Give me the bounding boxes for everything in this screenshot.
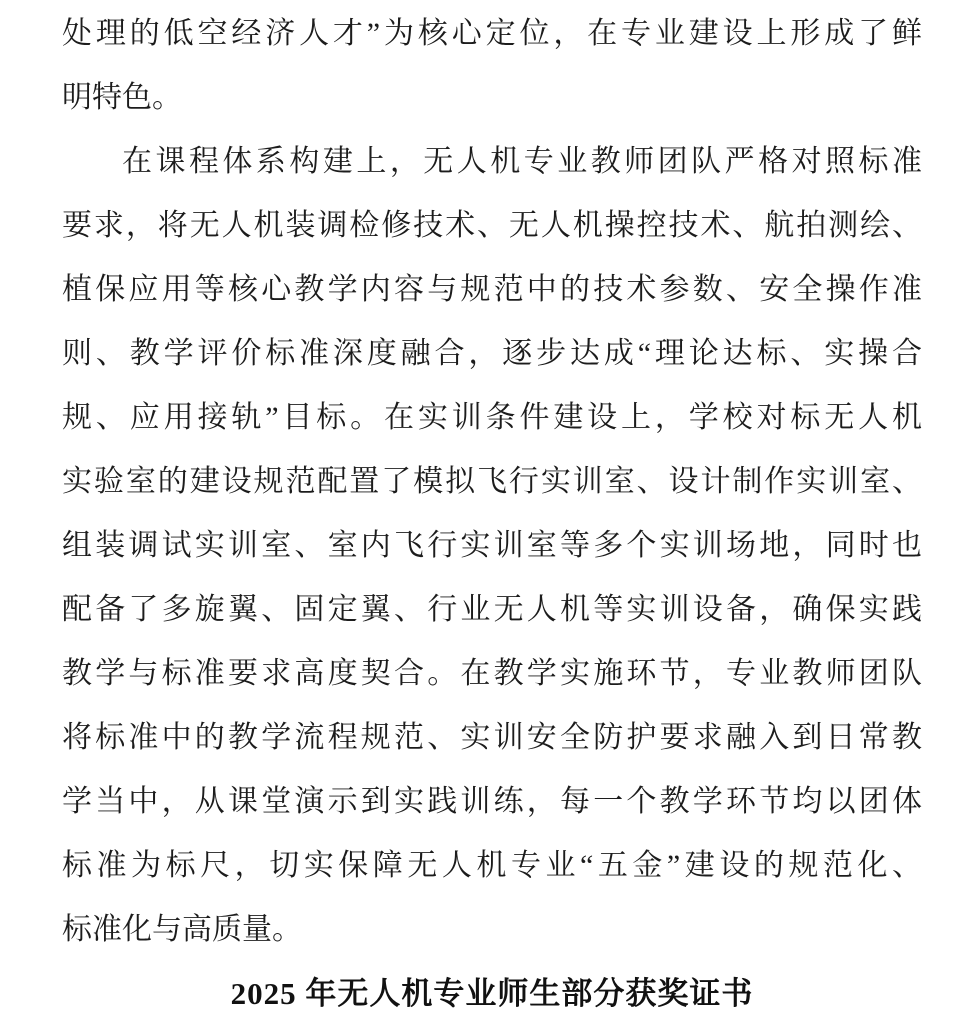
text-line: 植保应用等核心教学内容与规范中的技术参数、安全操作准 [62, 258, 922, 322]
text-line: 处理的低空经济人才”为核心定位，在专业建设上形成了鲜 [62, 2, 922, 66]
text-line: 教学与标准要求高度契合。在教学实施环节，专业教师团队 [62, 642, 922, 706]
text-line: 规、应用接轨”目标。在实训条件建设上，学校对标无人机 [62, 386, 922, 450]
text-line: 配备了多旋翼、固定翼、行业无人机等实训设备，确保实践 [62, 578, 922, 642]
text-line: 在课程体系构建上，无人机专业教师团队严格对照标准 [62, 130, 922, 194]
text-line: 要求，将无人机装调检修技术、无人机操控技术、航拍测绘、 [62, 194, 922, 258]
text-line: 实验室的建设规范配置了模拟飞行实训室、设计制作实训室、 [62, 450, 922, 514]
text-line: 则、教学评价标准深度融合，逐步达成“理论达标、实操合 [62, 322, 922, 386]
section-caption: 2025 年无人机专业师生部分获奖证书 [62, 962, 922, 1026]
text-line: 标准化与高质量。 [62, 898, 922, 962]
text-line: 标准为标尺，切实保障无人机专业“五金”建设的规范化、 [62, 834, 922, 898]
text-line: 组装调试实训室、室内飞行实训室等多个实训场地，同时也 [62, 514, 922, 578]
text-line: 将标准中的教学流程规范、实训安全防护要求融入到日常教 [62, 706, 922, 770]
text-line: 明特色。 [62, 66, 922, 130]
document-page: 处理的低空经济人才”为核心定位，在专业建设上形成了鲜 明特色。 在课程体系构建上… [0, 0, 980, 1027]
text-line: 学当中，从课堂演示到实践训练，每一个教学环节均以团体 [62, 770, 922, 834]
